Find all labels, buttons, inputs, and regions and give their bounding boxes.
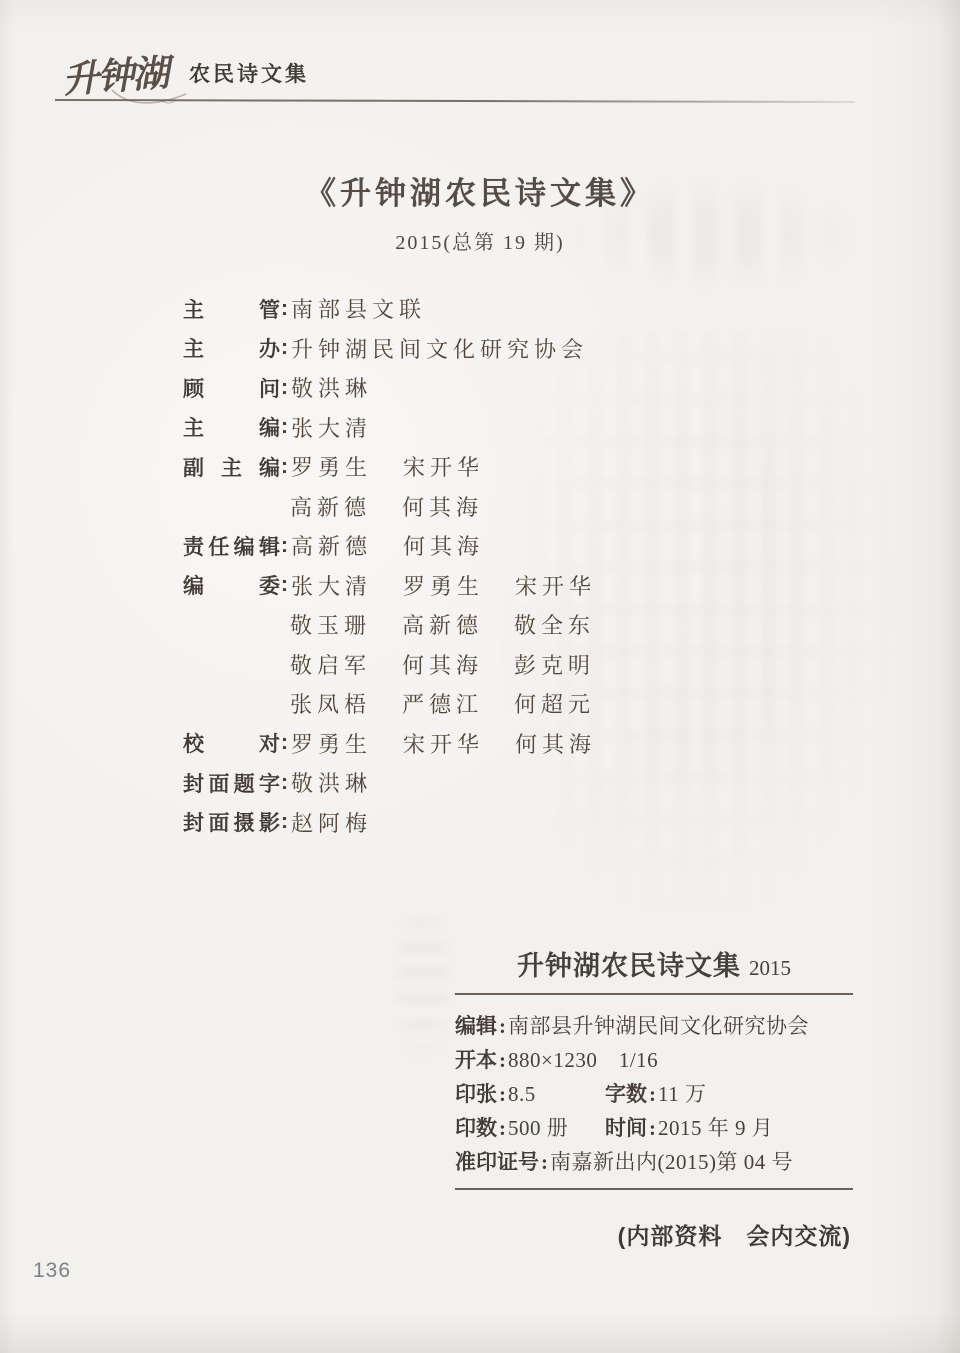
- person-name: 何其海: [402, 491, 512, 522]
- role-colon: :: [281, 455, 288, 479]
- credit-value: 南部县文联: [291, 293, 426, 324]
- role-label: 编委: [183, 570, 280, 600]
- colophon-label: 开本: [455, 1049, 497, 1072]
- person-name: 赵阿梅: [291, 807, 401, 838]
- credit-row-editorial-board-cont: 敬启军 何其海 彭克明: [183, 645, 627, 685]
- colophon-label: 印数: [455, 1117, 497, 1140]
- colophon-colon: :: [499, 1048, 506, 1072]
- role-colon: :: [281, 297, 288, 321]
- role-label: 顾问: [183, 373, 280, 403]
- colophon-label: 字数: [605, 1083, 647, 1106]
- role-label: 封面题字: [183, 768, 280, 798]
- credit-row-chief-editor: 主编: 张大清: [183, 408, 627, 448]
- credits-list: 主管: 南部县文联 主办: 升钟湖民间文化研究协会 顾问: 敬洪琳 主编: 张大…: [183, 289, 627, 842]
- colophon-row-editor: 编辑:南部县升钟湖民间文化研究协会: [455, 1008, 853, 1042]
- person-name: 罗勇生: [291, 451, 401, 482]
- colophon-label: 准印证号: [455, 1151, 539, 1174]
- bleed-through-ghost: [392, 902, 454, 1057]
- person-name: 何超元: [514, 688, 624, 719]
- colophon-label: 编辑: [455, 1015, 497, 1038]
- role-colon: :: [281, 771, 288, 795]
- credit-row-advisor: 顾问: 敬洪琳: [183, 368, 627, 408]
- role-label: 校对: [183, 728, 280, 758]
- credit-row-cover-photo: 封面摄影: 赵阿梅: [183, 803, 627, 843]
- colophon-cell: 印数:500 册: [455, 1112, 605, 1142]
- colophon-value: 南部县升钟湖民间文化研究协会: [508, 1014, 809, 1038]
- role-label: 副主编: [183, 452, 280, 482]
- colophon-value: 南嘉新出内(2015)第 04 号: [550, 1150, 793, 1174]
- person-name: 张凤梧: [290, 688, 400, 719]
- credit-row-responsible-editor: 责任编辑: 高新德 何其海: [183, 526, 627, 566]
- colophon-colon: :: [541, 1150, 548, 1174]
- colophon-cell: 准印证号:南嘉新出内(2015)第 04 号: [455, 1146, 793, 1176]
- page-title: 《升钟湖农民诗文集》: [0, 168, 960, 213]
- person-name: 宋开华: [403, 451, 513, 482]
- colophon-rule-top: [455, 993, 853, 995]
- issue-line: 2015(总第 19 期): [0, 226, 960, 255]
- series-title: 农民诗文集: [189, 58, 309, 88]
- credit-row-deputy-editor-cont: 高新德 何其海: [183, 487, 627, 527]
- person-name: 严德江: [402, 688, 512, 719]
- person-name: 何其海: [402, 649, 512, 680]
- colophon-label: 印张: [455, 1083, 497, 1106]
- role-label: 封面摄影: [183, 807, 280, 837]
- colophon-colon: :: [649, 1116, 656, 1140]
- person-name: 彭克明: [514, 649, 624, 680]
- colophon-cell: 编辑:南部县升钟湖民间文化研究协会: [455, 1010, 809, 1040]
- role-colon: :: [281, 336, 288, 360]
- person-name: 敬洪琳: [291, 372, 401, 403]
- colophon-colon: :: [499, 1082, 506, 1106]
- colophon-rule-bottom: [455, 1188, 853, 1190]
- person-name: 敬玉珊: [290, 609, 400, 640]
- role-colon: :: [281, 415, 288, 439]
- credit-row-deputy-editor: 副主编: 罗勇生 宋开华: [183, 447, 627, 487]
- colophon-cell: 时间:2015 年 9 月: [605, 1112, 773, 1142]
- colophon-cell: 印张:8.5: [455, 1078, 605, 1108]
- person-name: 罗勇生: [403, 570, 513, 601]
- credit-row-proofreader: 校对: 罗勇生 宋开华 何其海: [183, 724, 627, 764]
- colophon-row-sheets-words: 印张:8.5 字数:11 万: [455, 1076, 853, 1110]
- colophon-rows: 编辑:南部县升钟湖民间文化研究协会 开本:880×1230 1/16 印张:8.…: [455, 1008, 853, 1178]
- colophon-cell: 字数:11 万: [605, 1078, 706, 1108]
- colophon-title: 升钟湖农民诗文集2015: [455, 944, 853, 983]
- colophon-colon: :: [499, 1116, 506, 1140]
- credit-row-cover-calligraphy: 封面题字: 敬洪琳: [183, 763, 627, 803]
- colophon-year: 2015: [749, 956, 791, 980]
- colophon-value: 2015 年 9 月: [658, 1116, 773, 1140]
- role-label: 责任编辑: [183, 531, 280, 561]
- role-label: 主管: [183, 294, 280, 324]
- role-label: 主编: [183, 412, 280, 442]
- role-colon: :: [281, 810, 288, 834]
- credit-value: 升钟湖民间文化研究协会: [291, 333, 588, 364]
- person-name: 宋开华: [403, 728, 513, 759]
- colophon-value: 500 册: [508, 1116, 568, 1140]
- colophon-box: 升钟湖农民诗文集2015 编辑:南部县升钟湖民间文化研究协会 开本:880×12…: [455, 944, 853, 1251]
- running-header: 升钟湖 农民诗文集: [62, 46, 309, 102]
- credit-row-supervisor: 主管: 南部县文联: [183, 289, 627, 329]
- person-name: 高新德: [290, 491, 400, 522]
- role-colon: :: [281, 573, 288, 597]
- person-name: 何其海: [515, 728, 625, 759]
- colophon-colon: :: [649, 1082, 656, 1106]
- book-page-photo: 升钟湖 农民诗文集 《升钟湖农民诗文集》 2015(总第 19 期) 主管: 南…: [0, 0, 960, 1353]
- colophon-row-copies-date: 印数:500 册 时间:2015 年 9 月: [455, 1110, 853, 1144]
- masthead-title-block: 《升钟湖农民诗文集》 2015(总第 19 期): [0, 168, 960, 255]
- colophon-row-permit: 准印证号:南嘉新出内(2015)第 04 号: [455, 1144, 853, 1178]
- role-colon: :: [281, 534, 288, 558]
- person-name: 张大清: [291, 570, 401, 601]
- role-colon: :: [281, 376, 288, 400]
- person-name: 何其海: [403, 530, 513, 561]
- internal-material-notice: (内部资料 会内交流): [455, 1218, 853, 1251]
- credit-row-editorial-board-cont: 敬玉珊 高新德 敬全东: [183, 605, 627, 645]
- person-name: 罗勇生: [291, 728, 401, 759]
- colophon-value: 8.5: [508, 1082, 536, 1106]
- colophon-value: 880×1230 1/16: [508, 1048, 658, 1072]
- colophon-book-title: 升钟湖农民诗文集: [517, 951, 741, 981]
- role-colon: :: [281, 731, 288, 755]
- person-name: 敬洪琳: [291, 767, 401, 798]
- credit-row-editorial-board-cont: 张凤梧 严德江 何超元: [183, 684, 627, 724]
- credit-row-editorial-board: 编委: 张大清 罗勇生 宋开华: [183, 566, 627, 606]
- credit-row-organizer: 主办: 升钟湖民间文化研究协会: [183, 329, 627, 369]
- colophon-row-format: 开本:880×1230 1/16: [455, 1042, 853, 1076]
- colophon-cell: 开本:880×1230 1/16: [455, 1044, 658, 1074]
- colophon-label: 时间: [605, 1117, 647, 1140]
- colophon-value: 11 万: [658, 1082, 706, 1106]
- role-label: 主办: [183, 333, 280, 363]
- logo-flourish-icon: [108, 86, 192, 108]
- person-name: 高新德: [402, 609, 512, 640]
- person-name: 敬启军: [290, 649, 400, 680]
- person-name: 宋开华: [515, 570, 625, 601]
- person-name: 敬全东: [514, 609, 624, 640]
- person-name: 张大清: [291, 412, 401, 443]
- colophon-colon: :: [499, 1014, 506, 1038]
- page-number: 136: [33, 1259, 71, 1283]
- person-name: 高新德: [291, 530, 401, 561]
